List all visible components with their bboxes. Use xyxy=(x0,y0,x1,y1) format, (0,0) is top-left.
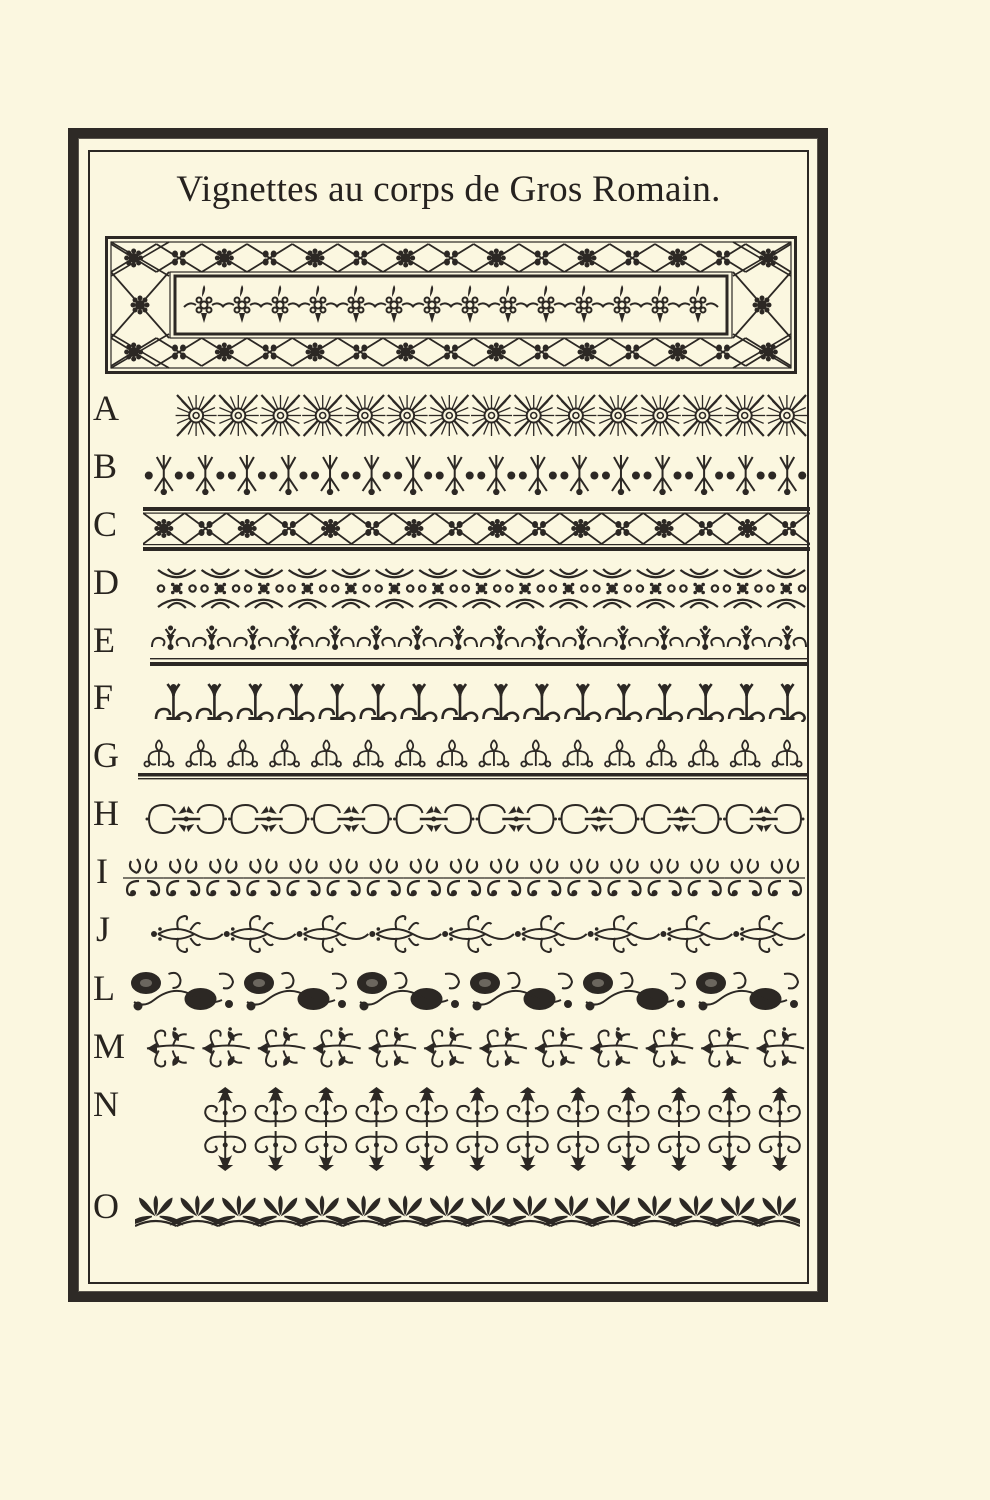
ornament-row-e xyxy=(150,622,808,667)
row-letter-b: B xyxy=(93,448,133,484)
ornament-row-f xyxy=(153,680,808,722)
row-letter-j: J xyxy=(96,911,136,947)
ornament-row-l xyxy=(130,968,808,1012)
ornament-row-n xyxy=(200,1085,805,1173)
row-letter-f: F xyxy=(93,679,133,715)
header-ornament-block xyxy=(105,236,797,374)
ornament-row-a xyxy=(175,393,808,438)
row-letter-o: O xyxy=(93,1188,133,1224)
row-letter-m: M xyxy=(93,1028,133,1064)
row-letter-g: G xyxy=(93,737,133,773)
ornament-row-m xyxy=(143,1027,808,1070)
ornament-row-o xyxy=(135,1187,800,1230)
ornament-row-j xyxy=(150,913,805,955)
row-letter-d: D xyxy=(93,564,133,600)
ornament-row-h xyxy=(145,798,805,840)
row-letter-c: C xyxy=(93,506,133,542)
row-letter-n: N xyxy=(93,1086,133,1122)
row-letter-h: H xyxy=(93,795,133,831)
row-letter-e: E xyxy=(93,622,133,658)
ornament-row-b xyxy=(143,452,808,495)
ornament-row-d xyxy=(155,567,808,610)
ornament-row-g xyxy=(138,738,808,781)
ornament-row-i xyxy=(123,857,805,897)
row-letter-l: L xyxy=(93,970,133,1006)
row-letter-a: A xyxy=(93,390,133,426)
ornament-row-c xyxy=(143,507,810,551)
page-title: Vignettes au corps de Gros Romain. xyxy=(88,166,809,214)
